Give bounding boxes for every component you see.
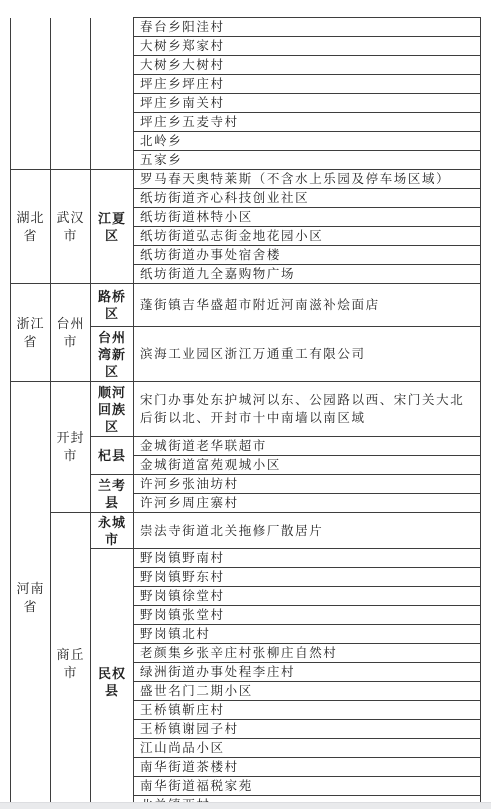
- cell-place: 宋门办事处东护城河以东、公园路以西、宋门关大北后街以北、开封市十中南墙以南区域: [134, 382, 481, 437]
- cell-place: 许河乡周庄寨村: [134, 494, 481, 513]
- cell-district: 台州湾新区: [91, 327, 134, 382]
- table-row: 商丘市 永城市 崇法寺街道北关拖修厂散居片: [11, 513, 481, 549]
- cell-district-continued: [91, 18, 134, 170]
- cell-place: 金城街道富苑观城小区: [134, 456, 481, 475]
- cell-place: 纸坊街道办事处宿舍楼: [134, 246, 481, 265]
- cell-place: 崇法寺街道北关拖修厂散居片: [134, 513, 481, 549]
- cell-place: 王桥镇谢园子村: [134, 720, 481, 739]
- cell-district: 路桥区: [91, 284, 134, 327]
- cell-place: 绿洲街道办事处程李庄村: [134, 663, 481, 682]
- cell-city-continued: [51, 18, 91, 170]
- cell-district: 顺河回族区: [91, 382, 134, 437]
- page-bottom-edge: [0, 802, 491, 809]
- cell-district: 杞县: [91, 437, 134, 475]
- cell-place: 坪庄乡五麦寺村: [134, 113, 481, 132]
- cell-city: 商丘市: [51, 513, 91, 809]
- cell-district: 民权县: [91, 549, 134, 809]
- cell-place: 北岭乡: [134, 132, 481, 151]
- cell-district: 永城市: [91, 513, 134, 549]
- table-row: 湖北省 武汉市 江夏区 罗马春天奥特莱斯（不含水上乐园及停车场区域）: [11, 170, 481, 189]
- cell-place: 野岗镇张堂村: [134, 606, 481, 625]
- cell-place: 南华街道茶楼村: [134, 758, 481, 777]
- cell-province: 浙江省: [11, 284, 51, 382]
- cell-place: 南华街道福税家苑: [134, 777, 481, 796]
- table-row: 浙江省 台州市 路桥区 蓬街镇吉华盛超市附近河南滋补烩面店: [11, 284, 481, 327]
- cell-place: 野岗镇北村: [134, 625, 481, 644]
- cell-place: 滨海工业园区浙江万通重工有限公司: [134, 327, 481, 382]
- cell-district: 江夏区: [91, 170, 134, 284]
- cell-city: 武汉市: [51, 170, 91, 284]
- cell-place: 江山尚品小区: [134, 739, 481, 758]
- cell-place: 春台乡阳洼村: [134, 18, 481, 37]
- cell-place: 盛世名门二期小区: [134, 682, 481, 701]
- cell-city: 台州市: [51, 284, 91, 382]
- cell-place: 坪庄乡南关村: [134, 94, 481, 113]
- table-row: 春台乡阳洼村: [11, 18, 481, 37]
- cell-place: 大树乡大树村: [134, 56, 481, 75]
- cell-place: 金城街道老华联超市: [134, 437, 481, 456]
- cell-place: 五家乡: [134, 151, 481, 170]
- cell-province: 河南省: [11, 382, 51, 809]
- cell-province-continued: [11, 18, 51, 170]
- table-row: 河南省 开封市 顺河回族区 宋门办事处东护城河以东、公园路以西、宋门关大北后街以…: [11, 382, 481, 437]
- cell-place: 野岗镇野南村: [134, 549, 481, 568]
- cell-place: 大树乡郑家村: [134, 37, 481, 56]
- cell-place: 纸坊街道弘志街金地花园小区: [134, 227, 481, 246]
- cell-place: 野岗镇野东村: [134, 568, 481, 587]
- cell-place: 罗马春天奥特莱斯（不含水上乐园及停车场区域）: [134, 170, 481, 189]
- cell-place: 纸坊街道林特小区: [134, 208, 481, 227]
- cell-place: 野岗镇徐堂村: [134, 587, 481, 606]
- cell-province: 湖北省: [11, 170, 51, 284]
- cell-district: 兰考县: [91, 475, 134, 513]
- cell-place: 王桥镇靳庄村: [134, 701, 481, 720]
- region-table: 春台乡阳洼村 大树乡郑家村 大树乡大树村 坪庄乡坪庄村 坪庄乡南关村 坪庄乡五麦…: [10, 17, 481, 809]
- cell-place: 许河乡张油坊村: [134, 475, 481, 494]
- cell-place: 老颜集乡张辛庄村张柳庄自然村: [134, 644, 481, 663]
- cell-place: 纸坊街道齐心科技创业社区: [134, 189, 481, 208]
- document-page: 春台乡阳洼村 大树乡郑家村 大树乡大树村 坪庄乡坪庄村 坪庄乡南关村 坪庄乡五麦…: [0, 0, 491, 809]
- cell-city: 开封市: [51, 382, 91, 513]
- cell-place: 蓬街镇吉华盛超市附近河南滋补烩面店: [134, 284, 481, 327]
- cell-place: 纸坊街道九全嘉购物广场: [134, 265, 481, 284]
- cell-place: 坪庄乡坪庄村: [134, 75, 481, 94]
